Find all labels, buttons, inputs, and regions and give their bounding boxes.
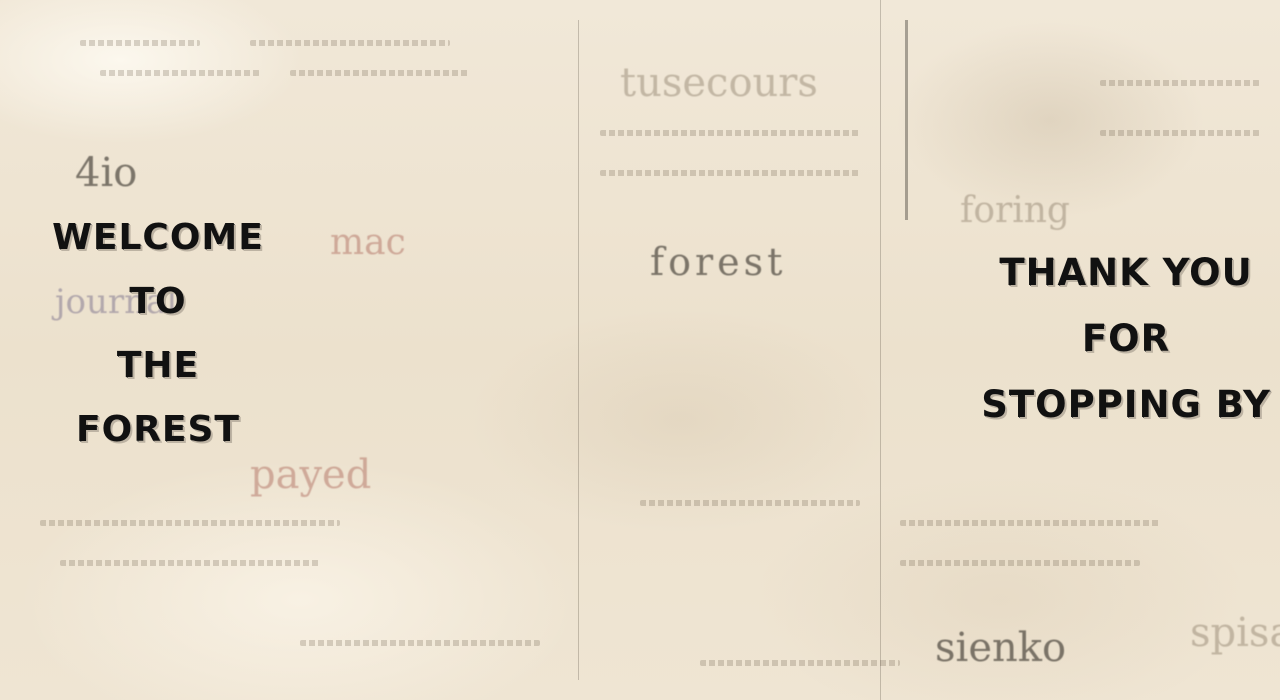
welcome-line: TO <box>40 284 276 348</box>
welcome-message: WELCOME TO THE FOREST <box>40 220 276 476</box>
ghost-text: foring <box>960 190 1070 231</box>
thank-you-line: STOPPING BY <box>972 386 1280 452</box>
ghost-text-row <box>250 40 450 46</box>
ghost-text-row <box>1100 130 1260 136</box>
ghost-text: spisa <box>1190 610 1280 656</box>
ghost-text: mac <box>330 222 406 263</box>
thank-you-line: THANK YOU <box>972 254 1280 320</box>
column-divider <box>578 20 579 680</box>
ghost-text-row <box>300 640 540 646</box>
ghost-text: sienko <box>935 625 1066 671</box>
ghost-text: tusecours <box>620 60 818 106</box>
welcome-line: THE <box>40 348 276 412</box>
welcome-line: FOREST <box>40 412 276 476</box>
ghost-text-row <box>640 500 860 506</box>
column-divider <box>880 0 881 700</box>
ghost-text-row <box>600 170 860 176</box>
ghost-text-row <box>80 40 200 46</box>
ghost-text-row <box>290 70 470 76</box>
ghost-text-row <box>1100 80 1260 86</box>
ghost-text-row <box>900 560 1140 566</box>
ghost-text-row <box>60 560 320 566</box>
ghost-text-row <box>600 130 860 136</box>
ghost-text-row <box>700 660 900 666</box>
ghost-text-row <box>100 70 260 76</box>
thank-you-message: THANK YOU FOR STOPPING BY <box>972 254 1280 452</box>
thank-you-line: FOR <box>972 320 1280 386</box>
ghost-text: forest <box>650 240 786 284</box>
ghost-text-row <box>40 520 340 526</box>
column-divider <box>905 20 908 220</box>
ghost-text: 4io <box>75 150 137 196</box>
welcome-line: WELCOME <box>40 220 276 284</box>
ghost-text-row <box>900 520 1160 526</box>
